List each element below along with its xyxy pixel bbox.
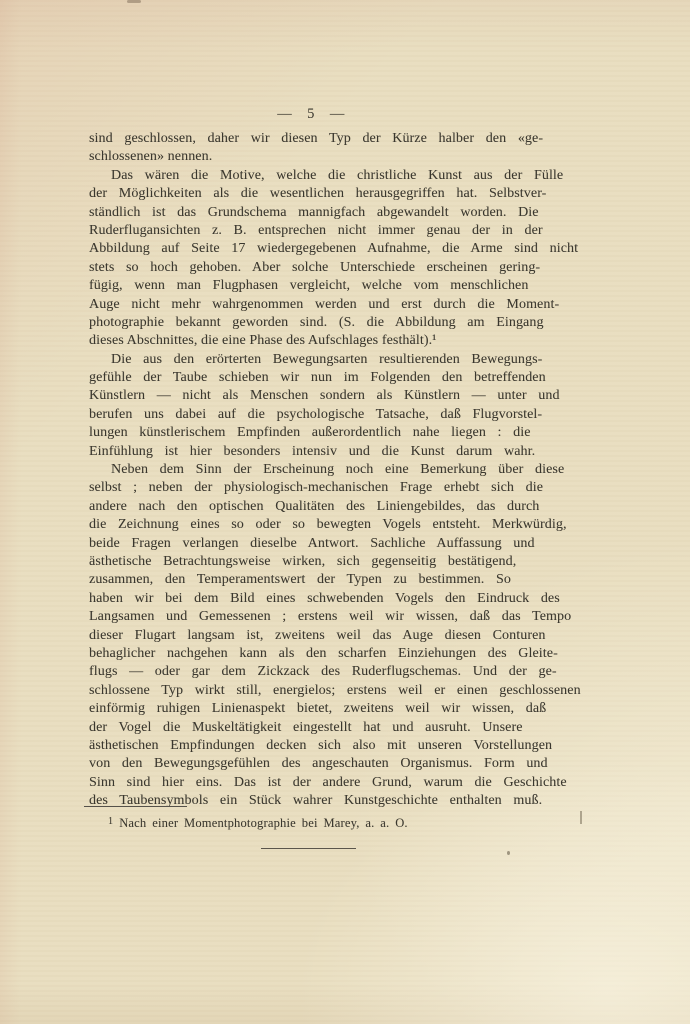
text-line: dieser Flugart langsam ist, zweitens wei… [89,627,583,645]
footnote-marker: 1 [108,816,113,827]
book-page: — 5 — sind geschlossen, daher wir diesen… [0,0,690,1024]
text-line: die Zeichnung eines so oder so bewegten … [89,516,583,534]
text-line: ästhetische Betrachtungsweise wirken, si… [89,553,583,571]
text-line: Ruderflugansichten z. B. entsprechen nic… [89,222,583,240]
text-line: Abbildung auf Seite 17 wiedergegebenen A… [89,240,583,258]
footnote-separator-rule [84,806,187,807]
page-number: — 5 — [64,104,558,124]
text-line: der Möglichkeiten als die wesentlichen h… [89,185,583,203]
text-line: Das wären die Motive, welche die christl… [89,167,583,185]
text-line: Künstlern — nicht als Menschen sondern a… [89,387,583,405]
text-line: dieses Abschnittes, die eine Phase des A… [89,332,583,350]
text-line: Langsamen und Gemessenen ; erstens weil … [89,608,583,626]
paper-scratch-mark [580,811,582,824]
text-line: des Taubensymbols ein Stück wahrer Kunst… [89,792,583,810]
footnote: 1Nach einer Momentphotographie bei Marey… [89,813,602,832]
text-line: Sinn sind hier eins. Das ist der andere … [89,774,583,792]
section-end-rule [261,848,356,849]
text-line: andere nach den optischen Qualitäten des… [89,498,583,516]
text-line: Neben dem Sinn der Erscheinung noch eine… [89,461,583,479]
text-line: einförmig ruhigen Linienaspekt bietet, z… [89,700,583,718]
text-line: der Vogel die Muskeltätigkeit eingestell… [89,719,583,737]
text-line: sind geschlossen, daher wir diesen Typ d… [89,130,583,148]
text-line: lungen künstlerischem Empfinden außerord… [89,424,583,442]
text-block: sind geschlossen, daher wir diesen Typ d… [89,130,583,810]
text-line: von den Bewegungsgefühlen des angeschaut… [89,755,583,773]
footnote-text: Nach einer Momentphotographie bei Marey,… [119,816,408,830]
text-line: gefühle der Taube schieben wir nun im Fo… [89,369,583,387]
paper-speck [507,851,510,855]
text-line: haben wir bei dem Bild eines schwebenden… [89,590,583,608]
text-line: beide Fragen verlangen dieselbe Antwort.… [89,535,583,553]
text-line: selbst ; neben der physiologisch-mechani… [89,479,583,497]
paper-top-smudge [127,0,141,3]
text-line: fügig, wenn man Flugphasen vergleicht, w… [89,277,583,295]
text-line: ständlich ist das Grundschema mannigfach… [89,204,583,222]
text-line: Auge nicht mehr wahrgenommen werden und … [89,296,583,314]
text-line: ästhetischen Empfindungen decken sich al… [89,737,583,755]
text-line: stets so hoch gehoben. Aber solche Unter… [89,259,583,277]
text-line: zusammen, den Temperamentswert der Typen… [89,571,583,589]
text-line: schlossene Typ wirkt still, energielos; … [89,682,583,700]
text-line: Die aus den erörterten Bewegungsarten re… [89,351,583,369]
text-line: Einfühlung ist hier besonders intensiv u… [89,443,583,461]
text-line: photographie bekannt geworden sind. (S. … [89,314,583,332]
text-line: schlossenen» nennen. [89,148,583,166]
text-line: behaglicher nachgehen kann als den schar… [89,645,583,663]
text-line: berufen uns dabei auf die psychologische… [89,406,583,424]
text-line: flugs — oder gar dem Zickzack des Ruderf… [89,663,583,681]
